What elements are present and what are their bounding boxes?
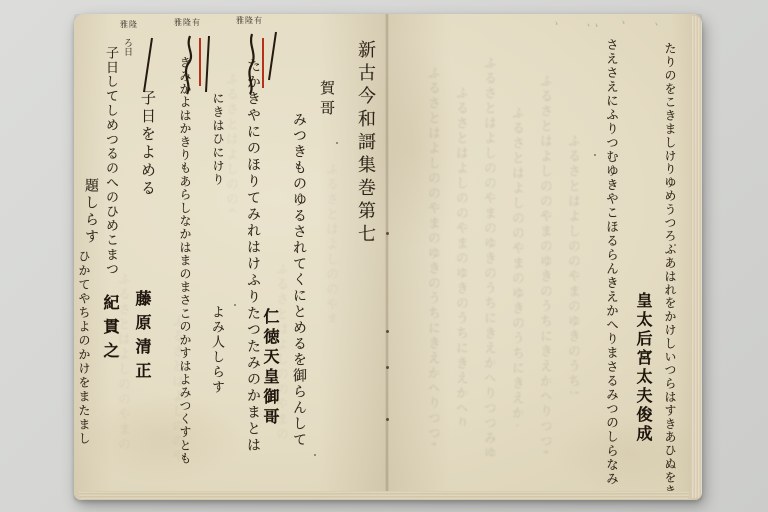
stitch-dot [386, 330, 389, 333]
fujiwara-kiyotada-attribution: 藤原清正 [134, 290, 150, 386]
poem-column: きみかよはかきりもあらしなかはまのまさこのかすはよみつくすとも [179, 56, 191, 465]
volume-title-column: 新古今和謌集巻第七 [356, 40, 374, 247]
marginal-tick: ゝ [619, 17, 627, 28]
paper-stain [84, 392, 244, 484]
poem-column: にきはひにけり [212, 92, 224, 187]
section-header-column: 賀哥 [319, 80, 334, 120]
emperor-nintoku-attribution: 仁徳天皇御哥 [262, 308, 278, 428]
stitch-dot [386, 418, 389, 421]
open-book: ふるさとはよしののやまのゆきのうちにきえかへりつつみゆきふるらしあはれなりけり … [74, 14, 702, 500]
poem-column: ひかてやちよのかけをまたまし [78, 250, 90, 446]
poem-column: 子日してしめつるのへのひめこまつ [104, 46, 117, 276]
headnote-column: みつきものゆるされてくにとめるを御らんして [292, 112, 306, 448]
bleedthrough-column: ふるさとはよしののやまのゆきのうちにきえかへりつつみゆきふるらしあはれなりけり [538, 74, 551, 454]
ink-speck [234, 304, 236, 306]
ink-speck [336, 142, 338, 144]
gutter-crease [385, 14, 389, 500]
collation-sigla: 雅隆 [120, 19, 138, 30]
bleedthrough-column: ふるさとはよしののやまのゆきのうちにきえかへりつつみゆきふるらしあはれなりけり [454, 86, 467, 426]
ink-speck [364, 54, 366, 56]
collation-stroke-mark [242, 30, 282, 98]
marginal-tick: ヽゝ [584, 20, 600, 31]
yomibito-shirazu-attribution: よみ人しらす [210, 305, 223, 395]
collation-stroke-mark [178, 34, 214, 98]
poem-column: たかきやにのほりてみれはけふりたつたみのかまとは [246, 58, 260, 454]
collation-sigla: 雅隆有 [174, 17, 201, 28]
bleedthrough-column: ふるさとはよしののやまのゆきのうちにきえかへりつつみゆきふるらしあはれなりけり [224, 72, 237, 212]
bleedthrough-column: ふるさとはよしののやまのゆきのうちにきえかへりつつみゆきふるらしあはれなりけり [510, 106, 523, 426]
ink-speck [314, 454, 316, 456]
shunzei-attribution-column: 皇太后宮太夫俊成 [635, 292, 651, 444]
dai-shirazu-headnote: 題しらす [84, 178, 98, 246]
collation-stroke-mark [136, 34, 158, 96]
bleedthrough-column: ふるさとはよしののやまのゆきのうちにきえかへりつつみゆきふるらしあはれなりけり [482, 56, 495, 456]
stitch-dot [386, 366, 389, 369]
stitch-dot [386, 232, 389, 235]
bleedthrough-column: ふるさとはよしののやまのゆきのうちにきえかへりつつみゆきふるらしあはれなりけり [566, 134, 579, 394]
ink-speck [594, 154, 596, 156]
collation-kana-note: ろ日 [122, 38, 131, 56]
bleedthrough-column: ふるさとはよしののやまのゆきのうちにきえかへりつつみゆきふるらしあはれなりけり [324, 162, 337, 322]
bleedthrough-column: ふるさとはよしののやまのゆきのうちにきえかへりつつみゆきふるらしあはれなりけり [426, 66, 439, 446]
marginal-tick: ヽ [652, 19, 660, 30]
page-edge-stack [691, 16, 702, 498]
poem-column: さえさえにふりつむゆきやこほるらんきえかへりまさるみつのしらなみ [605, 38, 618, 486]
marginal-tick: ゝ [552, 18, 560, 29]
poem-column: たりのをこきましけりゆめうつろふあはれをかけしいつらはすきあひぬをき [664, 42, 676, 498]
page-edge-stack [79, 491, 689, 500]
ink-speck [674, 244, 676, 246]
paper-stain [552, 412, 702, 494]
photograph-of-open-manuscript: ふるさとはよしののやまのゆきのうちにきえかへりつつみゆきふるらしあはれなりけり … [0, 0, 768, 512]
collation-sigla: 雅隆有 [236, 15, 263, 26]
ki-no-tsurayuki-attribution: 紀貫之 [102, 294, 118, 366]
headnote-column: 子日をよめる [140, 90, 155, 198]
